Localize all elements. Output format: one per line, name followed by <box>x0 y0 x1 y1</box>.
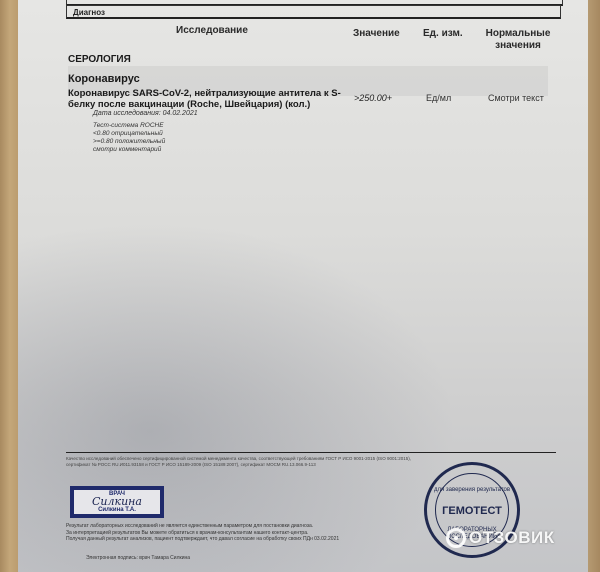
note-line: >=0.80 положительный <box>93 138 165 146</box>
watermark-text: ОТЗОВИК <box>469 528 555 548</box>
disclaimer-line: Получая данный результат анализов, пацие… <box>66 536 366 543</box>
column-normal: Нормальные значения <box>483 28 553 52</box>
ward-label: Палата <box>337 0 364 1</box>
test-unit: Ед/мл <box>426 93 451 103</box>
note-line: <0.80 отрицательный <box>93 130 165 138</box>
note-line: Тест-система ROCHE <box>93 122 165 130</box>
otzovik-logo-icon <box>446 528 466 548</box>
column-study: Исследование <box>176 25 248 36</box>
test-date: Дата исследования: 04.02.2021 <box>93 110 198 117</box>
table-surface <box>588 0 600 572</box>
diagnosis-row: Диагноз <box>66 5 561 19</box>
quality-statement: Качество исследований обеспечено сертифи… <box>66 456 416 468</box>
watermark: ОТЗОВИК <box>446 528 555 548</box>
section-title: СЕРОЛОГИЯ <box>68 54 131 65</box>
doctor-stamp: ВРАЧ Силкина Силкина Т.А. <box>70 486 164 518</box>
doctor-stamp-name: Силкина Т.А. <box>74 507 160 513</box>
test-notes: Тест-система ROCHE <0.80 отрицательный >… <box>93 122 165 154</box>
disclaimer: Результат лабораторных исследований не я… <box>66 523 366 543</box>
footer-divider <box>66 452 556 453</box>
test-value: >250.00+ <box>354 93 392 103</box>
column-value: Значение <box>353 28 400 39</box>
test-name: Коронавирус SARS-CoV-2, нейтрализующие а… <box>68 88 358 110</box>
group-title: Коронавирус <box>68 73 140 85</box>
note-line: смотри комментарий <box>93 146 165 154</box>
lab-stamp-top: для заверения результатов <box>427 487 517 494</box>
doctor-signature: Силкина <box>74 497 160 507</box>
test-normal: Смотри текст <box>488 93 544 103</box>
electronic-signature: Электронная подпись: врач Тамара Силкина <box>86 555 190 561</box>
lab-stamp-brand: ГЕМОТЕСТ <box>427 505 517 517</box>
column-unit: Ед. изм. <box>423 28 463 39</box>
lab-result-document: Палата Диагноз Исследование Значение Ед.… <box>18 0 590 572</box>
